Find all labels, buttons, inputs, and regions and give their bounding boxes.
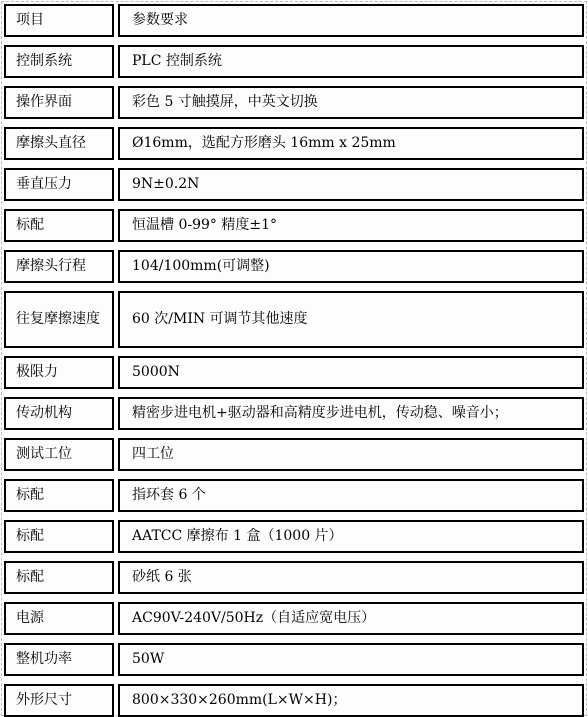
value-cell: 104/100mm(可调整) [118, 250, 584, 283]
item-cell: 操作界面 [4, 86, 114, 119]
table-row: 标配 砂纸 6 张 [4, 561, 584, 594]
header-value-cell: 参数要求 [118, 4, 584, 37]
value-cell: PLC 控制系统 [118, 45, 584, 78]
value-cell: 50W [118, 643, 584, 676]
item-cell: 摩擦头行程 [4, 250, 114, 283]
spec-table: 项目 参数要求 控制系统 PLC 控制系统 操作界面 彩色 5 寸触摸屏，中英文… [4, 4, 584, 717]
value-cell: 800×330×260mm(L×W×H)； [118, 684, 584, 717]
table-row: 摩擦头行程 104/100mm(可调整) [4, 250, 584, 283]
value-cell: AATCC 摩擦布 1 盒（1000 片） [118, 520, 584, 553]
table-row: 操作界面 彩色 5 寸触摸屏，中英文切换 [4, 86, 584, 119]
value-cell: 砂纸 6 张 [118, 561, 584, 594]
item-cell: 传动机构 [4, 397, 114, 430]
item-cell: 极限力 [4, 356, 114, 389]
table-row: 测试工位 四工位 [4, 438, 584, 471]
value-cell: 60 次/MIN 可调节其他速度 [118, 291, 584, 348]
value-cell: AC90V-240V/50Hz（自适应宽电压） [118, 602, 584, 635]
item-cell: 标配 [4, 520, 114, 553]
item-cell: 垂直压力 [4, 168, 114, 201]
table-row: 标配 恒温槽 0-99° 精度±1° [4, 209, 584, 242]
value-cell: 四工位 [118, 438, 584, 471]
value-cell: 5000N [118, 356, 584, 389]
item-cell: 往复摩擦速度 [4, 291, 114, 348]
page-frame: 项目 参数要求 控制系统 PLC 控制系统 操作界面 彩色 5 寸触摸屏，中英文… [1, 1, 587, 716]
item-cell: 测试工位 [4, 438, 114, 471]
item-cell: 摩擦头直径 [4, 127, 114, 160]
item-cell: 整机功率 [4, 643, 114, 676]
item-cell: 标配 [4, 209, 114, 242]
header-item-cell: 项目 [4, 4, 114, 37]
table-row: 外形尺寸 800×330×260mm(L×W×H)； [4, 684, 584, 717]
table-row: 标配 AATCC 摩擦布 1 盒（1000 片） [4, 520, 584, 553]
value-cell: 指环套 6 个 [118, 479, 584, 512]
item-cell: 外形尺寸 [4, 684, 114, 717]
value-cell: 恒温槽 0-99° 精度±1° [118, 209, 584, 242]
value-cell: 9N±0.2N [118, 168, 584, 201]
item-cell: 控制系统 [4, 45, 114, 78]
table-row: 控制系统 PLC 控制系统 [4, 45, 584, 78]
table-row: 标配 指环套 6 个 [4, 479, 584, 512]
table-row: 垂直压力 9N±0.2N [4, 168, 584, 201]
item-cell: 标配 [4, 479, 114, 512]
table-row: 极限力 5000N [4, 356, 584, 389]
item-cell: 电源 [4, 602, 114, 635]
value-cell: 精密步进电机+驱动器和高精度步进电机，传动稳、噪音小； [118, 397, 584, 430]
table-row: 摩擦头直径 Ø16mm，选配方形磨头 16mm x 25mm [4, 127, 584, 160]
table-row: 电源 AC90V-240V/50Hz（自适应宽电压） [4, 602, 584, 635]
table-row: 传动机构 精密步进电机+驱动器和高精度步进电机，传动稳、噪音小； [4, 397, 584, 430]
item-cell: 标配 [4, 561, 114, 594]
table-row: 整机功率 50W [4, 643, 584, 676]
value-cell: 彩色 5 寸触摸屏，中英文切换 [118, 86, 584, 119]
table-header-row: 项目 参数要求 [4, 4, 584, 37]
table-row: 往复摩擦速度 60 次/MIN 可调节其他速度 [4, 291, 584, 348]
value-cell: Ø16mm，选配方形磨头 16mm x 25mm [118, 127, 584, 160]
